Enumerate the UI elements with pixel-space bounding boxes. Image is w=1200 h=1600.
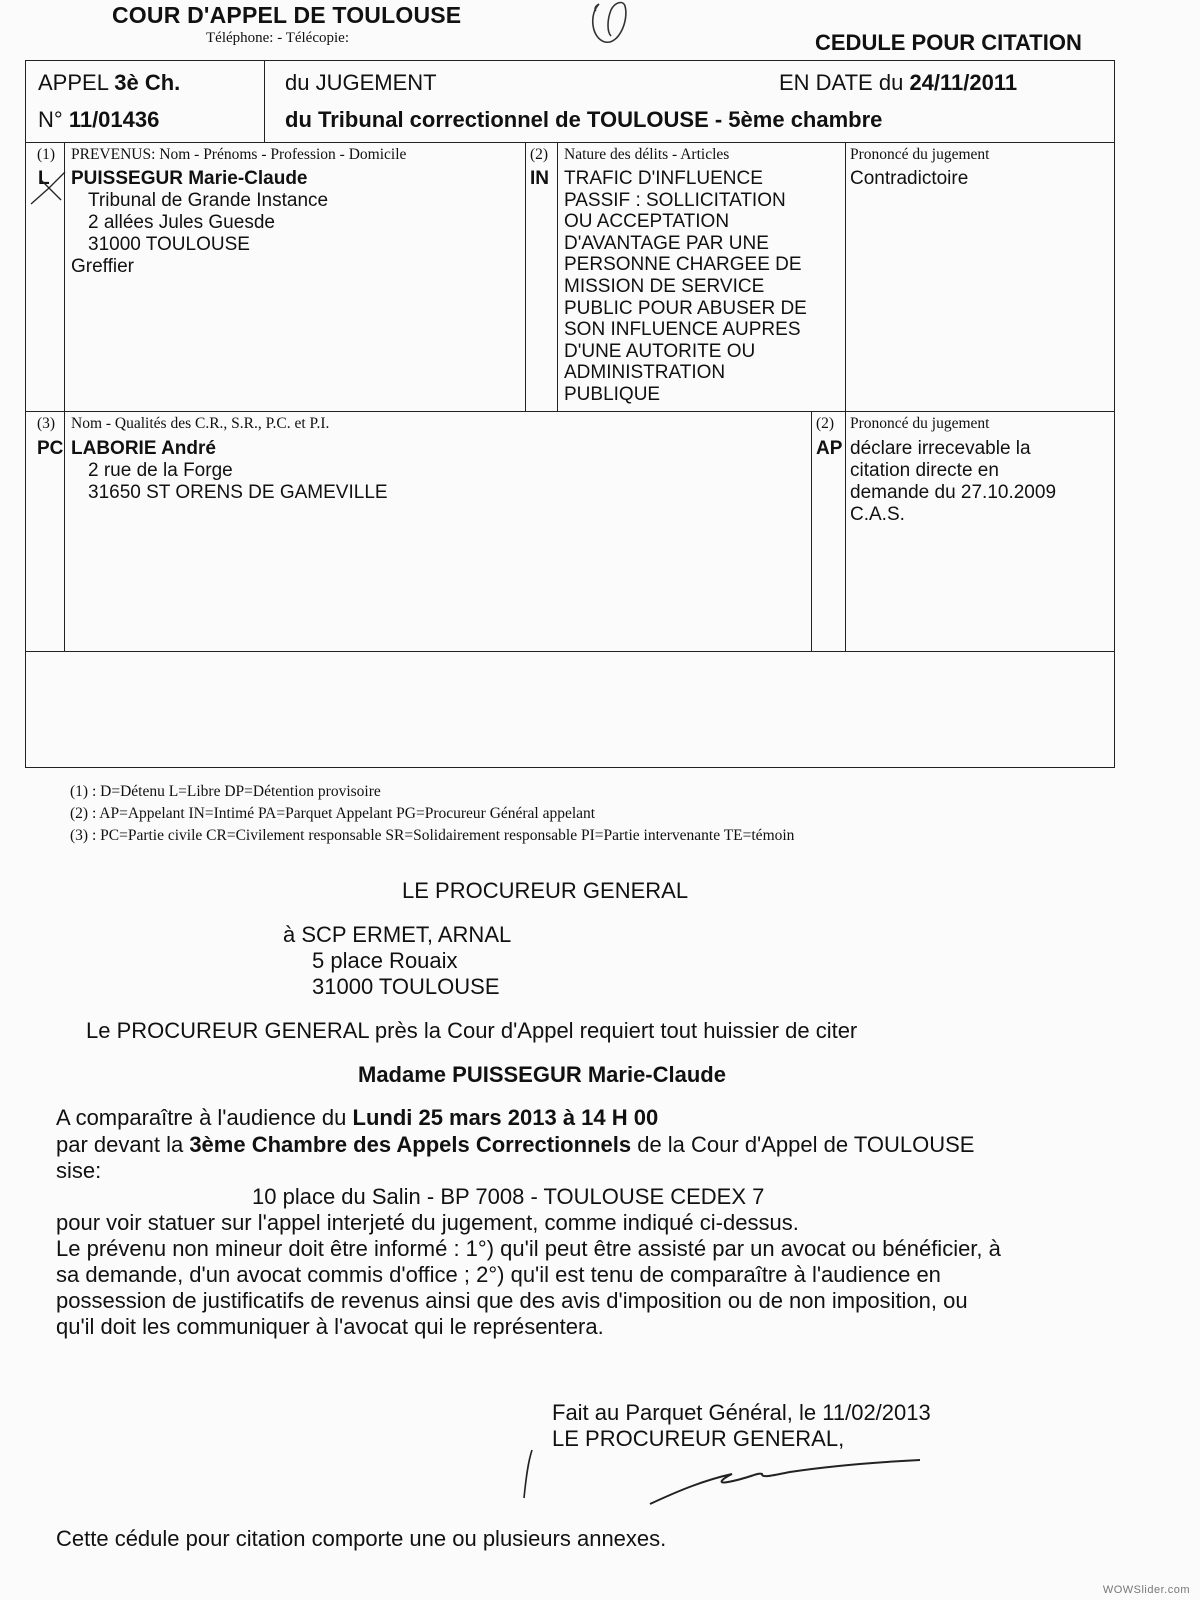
handwritten-mark-icon	[585, 0, 635, 45]
judgment-date-label: EN DATE du	[779, 70, 903, 95]
offence-line: TRAFIC D'INFLUENCE	[564, 168, 763, 190]
offence-header: Nature des délits - Articles	[564, 146, 729, 164]
court-name: COUR D'APPEL DE TOULOUSE	[112, 2, 461, 29]
col1-header: (1)	[37, 146, 55, 164]
watermark: WOWSlider.com	[1103, 1584, 1190, 1596]
annex-note: Cette cédule pour citation comporte une …	[56, 1526, 666, 1552]
offence-line: MISSION DE SERVICE	[564, 276, 764, 298]
parties-header: Nom - Qualités des C.R., S.R., P.C. et P…	[71, 415, 329, 433]
chamber-name: 3ème Chambre des Appels Correctionnels	[189, 1132, 631, 1157]
offence-line: PERSONNE CHARGEE DE	[564, 254, 802, 276]
offence-line: D'AVANTAGE PAR UNE	[564, 233, 769, 255]
paragraph-line: Le prévenu non mineur doit être informé …	[56, 1236, 1001, 1262]
paragraph-line: sa demande, d'un avocat commis d'office …	[56, 1262, 941, 1288]
judgment-date: EN DATE du 24/11/2011	[779, 70, 1017, 96]
defendant-address-line: Tribunal de Grande Instance	[88, 190, 328, 212]
judgment-label: du JUGEMENT	[285, 70, 437, 96]
judgment-verdict: Contradictoire	[850, 168, 968, 190]
party-judgment-line: citation directe en	[850, 460, 999, 482]
case-number: N° 11/01436	[38, 107, 159, 133]
party-name: LABORIE André	[71, 438, 216, 460]
tribunal: du Tribunal correctionnel de TOULOUSE - …	[285, 107, 882, 133]
signature-place-date: Fait au Parquet Général, le 11/02/2013	[552, 1400, 931, 1426]
case-number-label: N°	[38, 107, 63, 132]
party-judgment-line: C.A.S.	[850, 504, 905, 526]
offence-line: OU ACCEPTATION	[564, 211, 729, 233]
offence-line: SON INFLUENCE AUPRES	[564, 319, 801, 341]
signature-icon	[500, 1440, 940, 1520]
hearing-prefix: A comparaître à l'audience du	[56, 1105, 353, 1130]
legend-line: (2) : AP=Appelant IN=Intimé PA=Parquet A…	[70, 805, 595, 823]
cross-mark-icon	[27, 168, 67, 208]
hearing-date: Lundi 25 mars 2013 à 14 H 00	[353, 1105, 659, 1130]
offence-line: ADMINISTRATION	[564, 362, 725, 384]
col2-header: (2)	[816, 415, 834, 433]
legend-line: (1) : D=Détenu L=Libre DP=Détention prov…	[70, 783, 381, 801]
chamber-line: par devant la 3ème Chambre des Appels Co…	[56, 1132, 974, 1158]
recipient-line: à SCP ERMET, ARNAL	[283, 922, 511, 948]
document-type-title: CEDULE POUR CITATION	[815, 30, 1082, 56]
defendant-address-line: 2 allées Jules Guesde	[88, 212, 275, 234]
issuer: LE PROCUREUR GENERAL	[402, 878, 688, 904]
party-judgment-header: Prononcé du jugement	[850, 415, 989, 433]
offence-line: PUBLIQUE	[564, 384, 660, 406]
paragraph-line: possession de justificatifs de revenus a…	[56, 1288, 968, 1314]
prevenus-header: PREVENUS: Nom - Prénoms - Profession - D…	[71, 146, 406, 164]
case-number-value: 11/01436	[69, 107, 160, 132]
party-address-line: 2 rue de la Forge	[88, 460, 233, 482]
defendant-address-line: 31000 TOULOUSE	[88, 234, 250, 256]
chamber-suffix: de la Cour d'Appel de TOULOUSE	[631, 1132, 974, 1157]
chamber-prefix: par devant la	[56, 1132, 189, 1157]
court-contact: Téléphone: - Télécopie:	[206, 30, 349, 47]
offence-line: PASSIF : SOLLICITATION	[564, 190, 786, 212]
paragraph-line: pour voir statuer sur l'appel interjeté …	[56, 1210, 799, 1236]
col2-header: (2)	[530, 146, 548, 164]
judgment-date-value: 24/11/2011	[909, 70, 1017, 95]
offence-line: D'UNE AUTORITE OU	[564, 341, 755, 363]
party-judgment-line: demande du 27.10.2009	[850, 482, 1056, 504]
appeal-chamber-value: 3è Ch.	[114, 70, 180, 95]
judgment-header: Prononcé du jugement	[850, 146, 989, 164]
defendant-profession: Greffier	[71, 256, 134, 278]
legend-line: (3) : PC=Partie civile CR=Civilement res…	[70, 827, 794, 845]
appeal-label: APPEL	[38, 70, 108, 95]
cited-person: Madame PUISSEGUR Marie-Claude	[358, 1062, 726, 1088]
recipient-line: 5 place Rouaix	[312, 948, 458, 974]
paragraph-line: qu'il doit les communiquer à l'avocat qu…	[56, 1314, 604, 1340]
appeal-chamber: APPEL 3è Ch.	[38, 70, 180, 96]
offence-line: PUBLIC POUR ABUSER DE	[564, 298, 807, 320]
hearing-line: A comparaître à l'audience du Lundi 25 m…	[56, 1105, 658, 1131]
party-address-line: 31650 ST ORENS DE GAMEVILLE	[88, 482, 388, 504]
court-address: 10 place du Salin - BP 7008 - TOULOUSE C…	[252, 1184, 764, 1210]
appeal-role: AP	[816, 438, 842, 460]
defendant-role: IN	[530, 168, 549, 190]
sise-label: sise:	[56, 1158, 101, 1184]
recipient-line: 31000 TOULOUSE	[312, 974, 500, 1000]
request-text: Le PROCUREUR GENERAL près la Cour d'Appe…	[86, 1018, 857, 1044]
party-judgment-line: déclare irrecevable la	[850, 438, 1031, 460]
defendant-name: PUISSEGUR Marie-Claude	[71, 168, 308, 190]
col3-header: (3)	[37, 415, 55, 433]
party-role: PC	[37, 438, 63, 460]
